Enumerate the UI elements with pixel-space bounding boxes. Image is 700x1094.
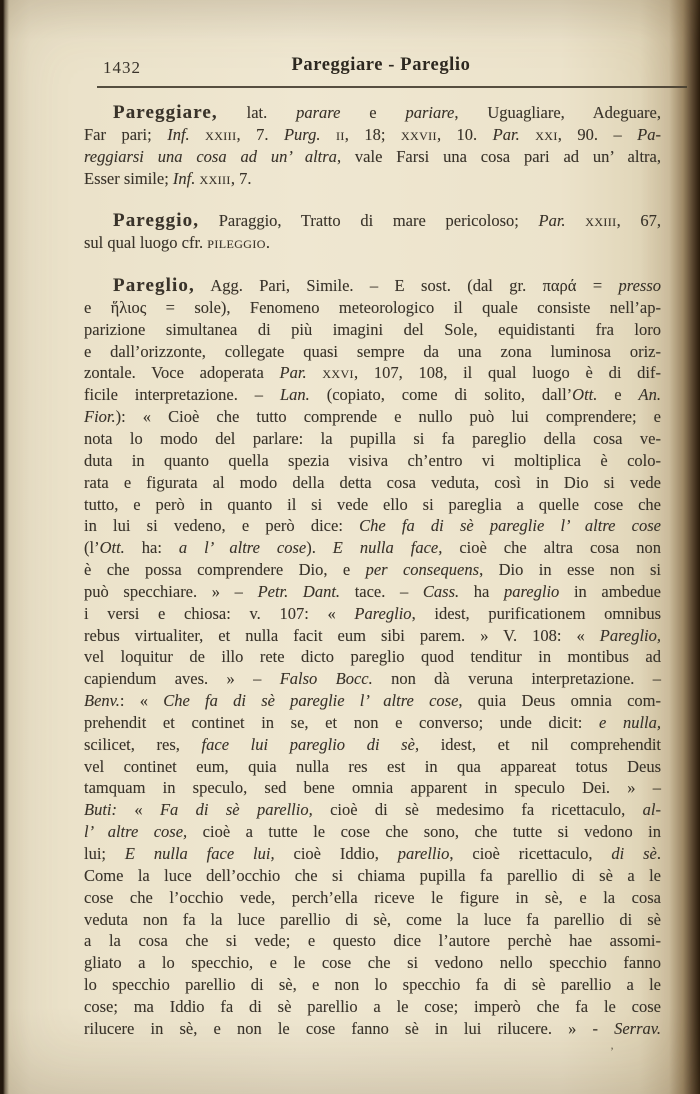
text-line: rata e figurata al modo della detta cosa…: [84, 472, 661, 494]
running-head: Pareggiare - Pareglio: [96, 55, 666, 76]
entry-pareggiare: Pareggiare, lat. parare e pariare, Uguag…: [84, 102, 661, 189]
text-line: e ἥλιος = sole), Fenomeno meteorologico …: [84, 297, 661, 319]
text-line: a la cosa che si vede; e questo dice l’a…: [84, 930, 661, 952]
scan-artifact-mark: ’: [610, 1044, 614, 1059]
text-line: reggiarsi una cosa ad un’ altra, vale Fa…: [84, 146, 661, 168]
text-line: tamquam in speculo, sed bene omnia appar…: [84, 777, 661, 799]
text-line: zontale. Voce adoperata Par. xxvi, 107, …: [84, 362, 661, 384]
page-left-edge-shadow: [0, 0, 9, 1094]
text-line: sul qual luogo cfr. pileggio.: [84, 232, 661, 254]
text-line: è che possa comprendere Dio, e per conse…: [84, 559, 661, 581]
text-line: Pareggio, Paraggio, Tratto di mare peric…: [84, 210, 661, 232]
text-line: i versi e chiosa: v. 107: « Pareglio, id…: [84, 603, 661, 625]
text-line: Buti: « Fa di sè parellio, cioè di sè me…: [84, 799, 661, 821]
text-line: Fior.): « Cioè che tutto comprende e nul…: [84, 406, 661, 428]
text-line: ficile interpretazione. – Lan. (copiato,…: [84, 384, 661, 406]
text-line: in lui si vedeno, e però dice: Che fa di…: [84, 515, 661, 537]
text-line: prehendit et continet in se, et non e co…: [84, 712, 661, 734]
text-line: può specchiare. » – Petr. Dant. tace. – …: [84, 581, 661, 603]
text-line: parizione simultanea di più imagini del …: [84, 319, 661, 341]
header-rule: [97, 86, 687, 88]
entry-pareglio: Pareglio, Agg. Pari, Simile. – E sost. (…: [84, 275, 661, 1040]
text-line: lo specchio parellio di sè, e non lo spe…: [84, 974, 661, 996]
text-line: vel loquitur de illo rete dicto pareglio…: [84, 646, 661, 668]
text-line: (l’Ott. ha: a l’ altre cose). E nulla fa…: [84, 537, 661, 559]
text-line: Benv.: « Che fa di sè pareglie l’ altre …: [84, 690, 661, 712]
entry-pareggio: Pareggio, Paraggio, Tratto di mare peric…: [84, 210, 661, 254]
text-line: gliato a lo specchio, e le cose che si v…: [84, 952, 661, 974]
text-line: vel continet eum, quia nulla res est in …: [84, 756, 661, 778]
text-line: Come la luce dell’occhio che si chiama p…: [84, 865, 661, 887]
book-page: 1432 Pareggiare - Pareglio Pareggiare, l…: [0, 0, 700, 1094]
text-line: cose; ma Iddio fa di sè parellio a le co…: [84, 996, 661, 1018]
text-line: e dall’orizzonte, collegate quasi sempre…: [84, 341, 661, 363]
text-line: Pareglio, Agg. Pari, Simile. – E sost. (…: [84, 275, 661, 297]
text-line: Far pari; Inf. xxiii, 7. Purg. ii, 18; x…: [84, 124, 661, 146]
text-line: tutto, e però in quanto il si vede ello …: [84, 494, 661, 516]
text-line: lui; E nulla face lui, cioè Iddio, parel…: [84, 843, 661, 865]
text-line: rebus virtualiter, et nulla facit eum si…: [84, 625, 661, 647]
text-line: l’ altre cose, cioè a tutte le cose che …: [84, 821, 661, 843]
text-line: rilucere in sè, e non le cose fanno sè i…: [84, 1018, 661, 1040]
text-line: veduta non fa la luce parellio di sè, co…: [84, 909, 661, 931]
text-line: Esser simile; Inf. xxiii, 7.: [84, 168, 661, 190]
dictionary-text: Pareggiare, lat. parare e pariare, Uguag…: [84, 102, 661, 1040]
text-line: cose che l’occhio vede, perch’ella ricev…: [84, 887, 661, 909]
text-line: nota lo modo del parlare: la pupilla si …: [84, 428, 661, 450]
text-line: Pareggiare, lat. parare e pariare, Uguag…: [84, 102, 661, 124]
text-line: duta in quanto quella spezia visiva ch’e…: [84, 450, 661, 472]
text-line: capiendum aves. » – Falso Bocc. non dà v…: [84, 668, 661, 690]
text-line: scilicet, res, face lui pareglio di sè, …: [84, 734, 661, 756]
